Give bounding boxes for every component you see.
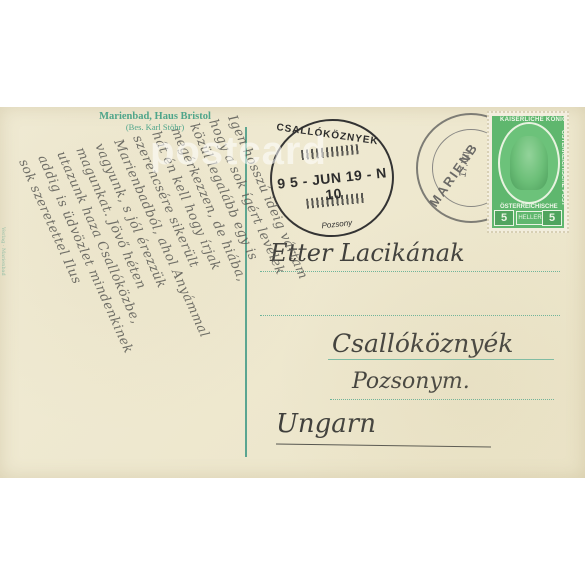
postage-stamp: KAISERLICHE KÖNIGLICHE OSTERREICHISCHE P…: [487, 111, 569, 233]
stamp-right-text: OSTERREICHISCHE POST: [560, 130, 564, 206]
stamp-value-left: 5: [494, 210, 514, 226]
postmark-bars: [301, 144, 360, 160]
country-underline: [276, 443, 491, 447]
emperor-portrait-icon: [510, 136, 548, 190]
address-country: Ungarn: [276, 409, 376, 439]
handwritten-message: Igen hosszú ideig vártamhogy a sok ígért…: [0, 115, 230, 475]
postcard: Marienbad, Haus Bristol (Bes. Karl Stöhr…: [0, 107, 585, 478]
publisher-imprint: Marienbad, Haus Bristol (Bes. Karl Stöhr…: [60, 111, 250, 133]
address-line-3: [328, 359, 554, 360]
postmark-town: CSALLÓKÖZNYEK: [267, 121, 387, 149]
address-town: Csallóköznyék: [332, 329, 513, 358]
stamp-denomination: HELLER: [516, 211, 544, 225]
address-county: Pozsonym.: [352, 369, 470, 394]
address-line-2: [260, 315, 560, 316]
stamp-face: KAISERLICHE KÖNIGLICHE OSTERREICHISCHE P…: [492, 116, 564, 228]
stamp-value-right: 5: [542, 210, 562, 226]
address-line-4: [330, 399, 554, 400]
postmark-region: Pozsony: [277, 213, 397, 234]
publisher-owner: (Bes. Karl Stöhr): [60, 123, 250, 133]
stamp-top-text: KAISERLICHE KÖNIGLICHE: [500, 117, 564, 123]
